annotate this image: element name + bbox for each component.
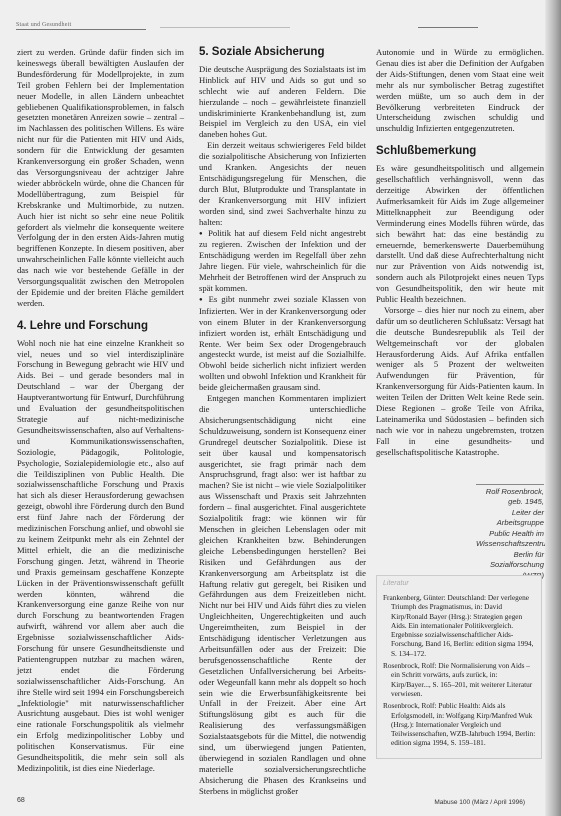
page-edge-shadow [545,0,561,816]
paragraph: Entgegen manchen Kommentaren impliziert … [199,393,366,797]
author-name: Rolf Rosenbrock, [476,487,544,498]
paragraph: Ein derzeit weitaus schwierigeres Feld b… [199,140,366,227]
page-number: 68 [17,797,25,804]
literature-list: Frankenberg, Günter: Deutschland: Der ve… [383,593,537,748]
author-attribution: Rolf Rosenbrock, geb. 1945, Leiter der A… [476,484,544,582]
section-heading-soziale-absicherung: 5. Soziale Absicherung [199,47,366,58]
column-middle: 5. Soziale Absicherung Die deutsche Ausp… [199,47,366,797]
header-rule [418,27,478,28]
header-rule [160,27,290,28]
paragraph: Die deutsche Ausprägung des Sozialstaats… [199,64,366,140]
running-header: Staat und Gesundheit [16,22,146,30]
author-born: geb. 1945, [476,497,544,508]
bullet-item: Politik hat auf diesem Feld nicht angest… [199,228,366,294]
paragraph: ziert zu werden. Gründe dafür finden sic… [17,47,184,309]
author-role: Wissenschaftszentrum [476,539,544,550]
literature-item: Rosenbrock, Rolf: Public Health: Aids al… [383,701,537,747]
literature-item: Rosenbrock, Rolf: Die Normalisierung von… [383,661,537,698]
author-role: Leiter der Arbeitsgruppe [476,508,544,529]
paragraph: Autonomie und in Würde zu ermöglichen. G… [376,47,544,134]
literature-item: Frankenberg, Günter: Deutschland: Der ve… [383,593,537,658]
section-heading-schlussbemerkung: Schlußbemerkung [376,146,544,157]
paragraph: Wohl noch nie hat eine einzelne Krankhei… [17,338,184,774]
document-page: Staat und Gesundheit ziert zu werden. Gr… [0,0,545,816]
bullet-item: Es gibt nunmehr zwei soziale Klassen von… [199,294,366,393]
paragraph: Vorsorge – dies hier nur noch zu einem, … [376,305,544,458]
column-right: Autonomie und in Würde zu ermöglichen. G… [376,47,544,581]
bullet-text: Es gibt nunmehr zwei soziale Klassen von… [199,294,366,392]
issue-footer: Mabuse 100 (März / April 1996) [434,799,525,806]
literature-title: Literatur [383,580,541,587]
bullet-text: Politik hat auf diesem Feld nicht angest… [199,228,366,294]
column-left: ziert zu werden. Gründe dafür finden sic… [17,47,184,774]
author-role: Public Health im [476,529,544,540]
section-heading-lehre-forschung: 4. Lehre und Forschung [17,321,184,332]
paragraph: Es wäre gesundheitspolitisch und allgeme… [376,163,544,305]
literature-box: Literatur Frankenberg, Günter: Deutschla… [376,575,542,759]
